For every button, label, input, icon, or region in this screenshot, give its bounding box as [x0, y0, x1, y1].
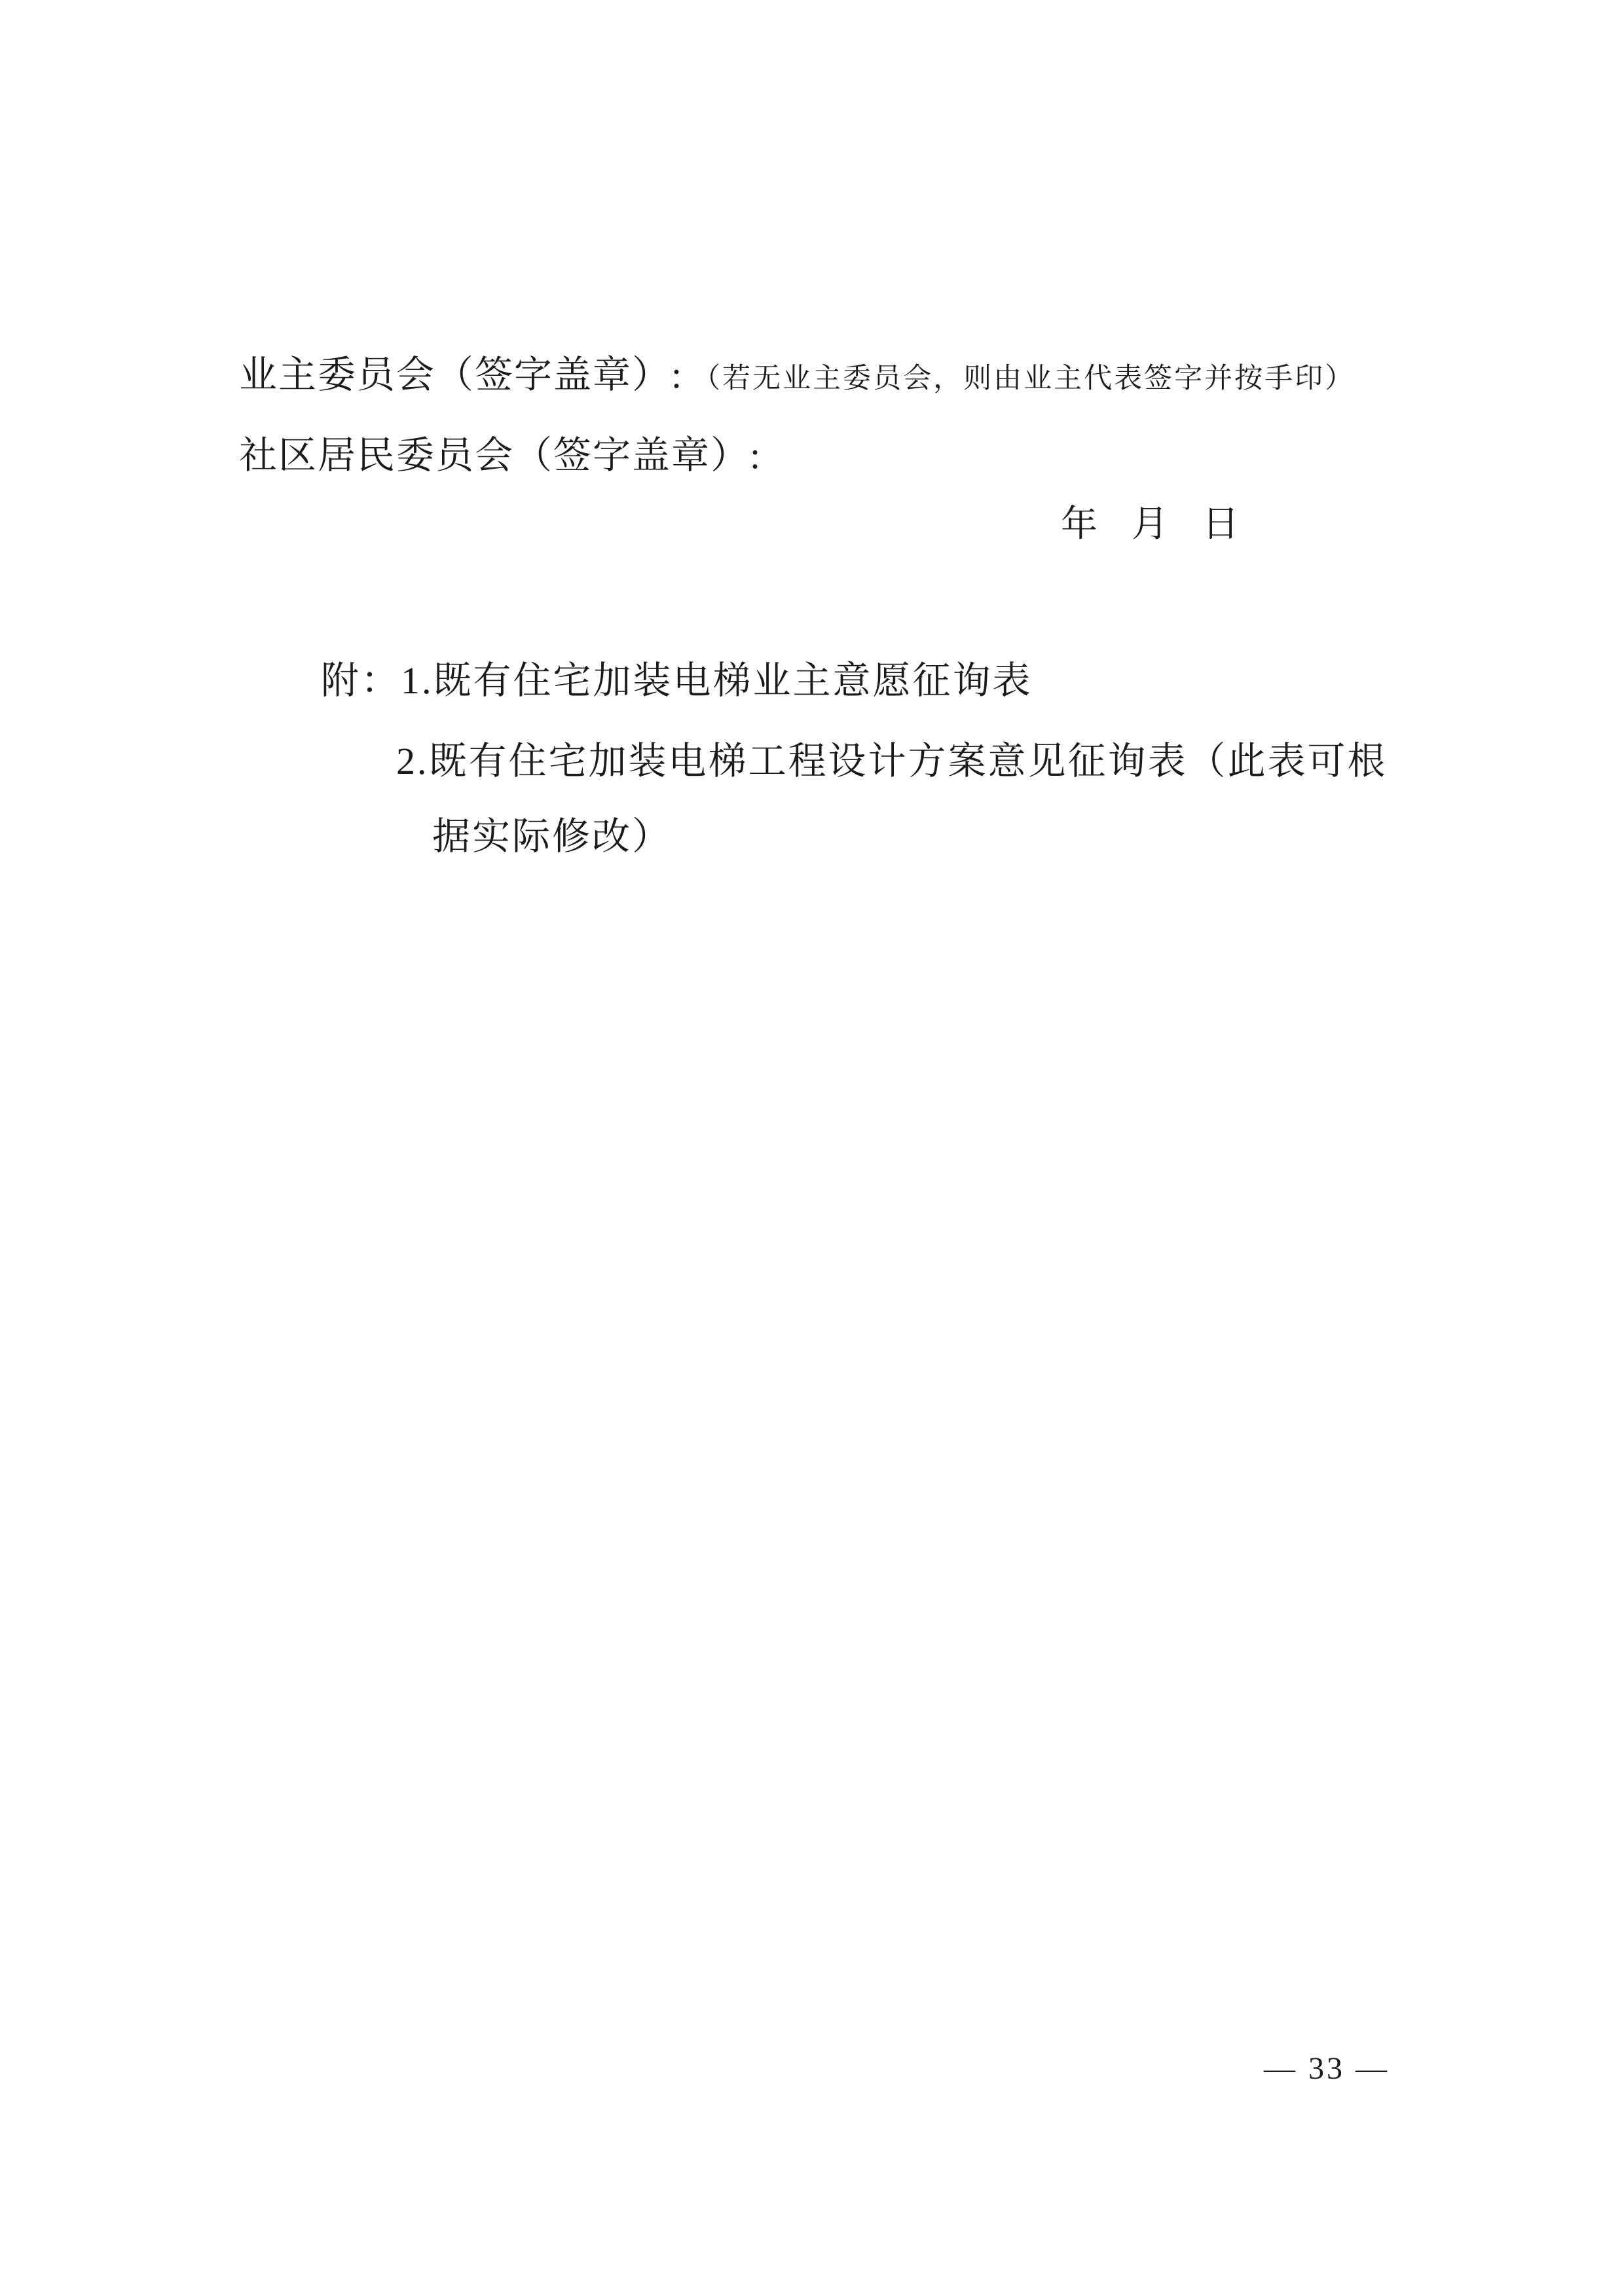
- document-page: 业主委员会（签字盖章）:（若无业主委员会，则由业主代表签字并按手印） 社区居民委…: [0, 0, 1624, 2296]
- owners-committee-signature-line: 业主委员会（签字盖章）:（若无业主委员会，则由业主代表签字并按手印）: [239, 354, 1355, 401]
- date-line: 年 月 日: [1061, 505, 1239, 544]
- page-number: — 33 —: [1264, 2052, 1390, 2086]
- month-label: 月: [1132, 505, 1168, 544]
- owners-committee-note: （若无业主委员会，则由业主代表签字并按手印）: [692, 363, 1355, 394]
- community-committee-signature-line: 社区居民委员会（签字盖章）:: [239, 434, 762, 477]
- year-label: 年: [1061, 505, 1098, 544]
- attachment-item-2: 2.既有住宅加装电梯工程设计方案意见征询表（此表可根: [396, 740, 1388, 782]
- day-label: 日: [1202, 505, 1239, 544]
- attachment-item-2-continued: 据实际修改）: [432, 816, 672, 858]
- community-committee-label: 社区居民委员会（签字盖章）:: [239, 434, 762, 477]
- owners-committee-label: 业主委员会（签字盖章）:: [239, 354, 683, 396]
- attachment-item-1: 附：1.既有住宅加装电梯业主意愿征询表: [321, 660, 1033, 702]
